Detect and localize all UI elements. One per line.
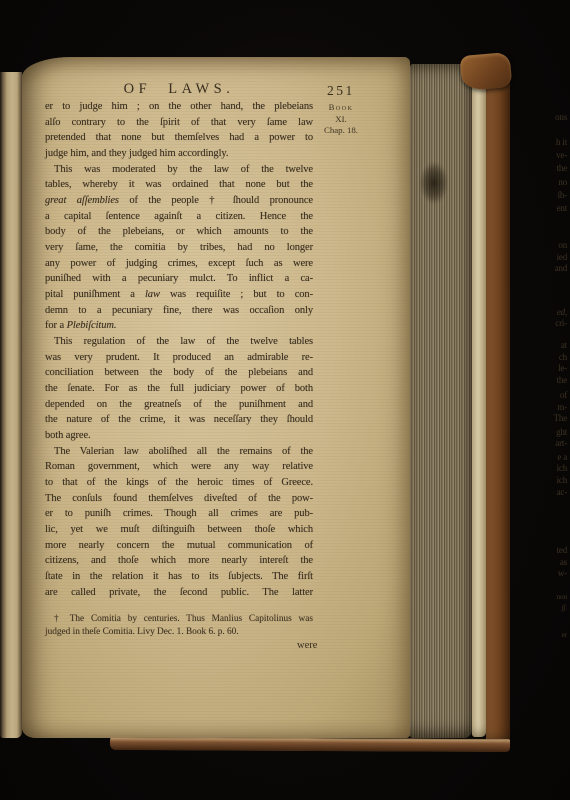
text-segment: Roman government, which were any way rel… (45, 461, 313, 472)
italic-text: law (145, 289, 160, 300)
fore-edge-stain (420, 162, 448, 204)
text-segment: lic, yet we muſt diſtinguiſh between tho… (45, 524, 313, 535)
text-line: er to judge him ; on the other hand, the… (45, 99, 313, 115)
text-segment: are called private, the ſecond public. T… (45, 587, 313, 598)
text-line: great aſſemblies of the people † ſhould … (45, 193, 313, 209)
text-line: judge him, and they judged him according… (45, 146, 313, 162)
text-segment: er to puniſh crimes. Though all crimes a… (45, 508, 313, 519)
text-segment: The Valerian law aboliſhed all the remai… (54, 446, 313, 457)
book-photo: { "colors": { "background": "#0a0807", "… (0, 0, 570, 800)
page-fragment: er (562, 630, 567, 639)
text-segment: the ſenate. For as the full judiciary po… (45, 383, 313, 394)
page-fragment: e a (557, 452, 567, 462)
page-fragment: and (555, 263, 567, 273)
text-segment: was very prudent. It produced an admirab… (45, 352, 313, 363)
text-segment: demn to a pecuniary fine, there was occa… (45, 305, 313, 316)
book-cover (486, 60, 510, 750)
page-fragment: ve- (556, 150, 567, 160)
text-line: citizens, and thoſe which more nearly in… (45, 553, 313, 569)
page-fragment: le- (558, 363, 567, 373)
margin-note: Book XI. Chap. 18. (310, 102, 372, 137)
text-segment: alſo contrary to the ſpirit of that very… (45, 117, 313, 128)
text-line: depended on the greatneſs of the puniſhm… (45, 397, 313, 413)
endpaper-edge (472, 67, 486, 737)
text-line: The Valerian law aboliſhed all the remai… (45, 444, 313, 460)
text-segment: ſtate in the relation it has to its ſubj… (45, 571, 313, 582)
text-line: pital puniſhment a law was requiſite ; b… (45, 287, 313, 303)
page-fragment: ſſ. (562, 603, 567, 612)
book-page: OF LAWS. 251 Book XI. Chap. 18. er to ju… (22, 57, 410, 738)
text-segment: the nature of the crime, it was neceſſar… (45, 414, 313, 425)
text-line: This was moderated by the law of the twe… (45, 162, 313, 178)
page-fragment: the (557, 375, 567, 385)
page-fragment: ed, (557, 307, 567, 317)
text-line: tables, whereby it was ordained that non… (45, 177, 313, 193)
catchword: were (297, 640, 317, 651)
fore-edge (410, 64, 472, 738)
page-fragment: The (554, 413, 567, 423)
page-fragment: m- (557, 402, 567, 412)
cover-corner (460, 52, 513, 91)
page-fragment: ted (557, 545, 567, 555)
text-segment: er to judge him ; on the other hand, the… (45, 101, 313, 112)
text-segment: to that of the kings of the heroic times… (45, 477, 313, 488)
page-number: 251 (327, 83, 387, 99)
text-segment: tables, whereby it was ordained that non… (45, 179, 313, 190)
text-line: both agree. (45, 428, 313, 444)
margin-note-book-number: XI. (310, 114, 372, 126)
text-line: the ſenate. For as the full judiciary po… (45, 381, 313, 397)
text-segment: judge him, and they judged him according… (45, 148, 228, 159)
page-fragment: ac- (557, 487, 567, 497)
running-header: OF LAWS. (45, 81, 313, 98)
text-segment: for a (45, 320, 67, 331)
text-segment: both agree. (45, 430, 91, 441)
page-fragment: ch (559, 352, 567, 362)
text-segment: any power of judging crimes, except ſuch… (45, 258, 313, 269)
text-segment: conciliation between the body of the ple… (45, 367, 313, 378)
page-fragment: ich (557, 475, 567, 485)
text-line: ſtate in the relation it has to its ſubj… (45, 569, 313, 585)
text-line: the nature of the crime, it was neceſſar… (45, 412, 313, 428)
margin-note-book: Book (310, 102, 372, 114)
text-line: lic, yet we muſt diſtinguiſh between tho… (45, 522, 313, 538)
page-fragment: h it (556, 137, 567, 147)
page-fragment: no (558, 177, 567, 187)
text-line: Roman government, which were any way rel… (45, 459, 313, 475)
text-line: to that of the kings of the heroic times… (45, 475, 313, 491)
text-line: are called private, the ſecond public. T… (45, 585, 313, 601)
page-fragment: at (561, 340, 567, 350)
cover-bottom-edge (110, 737, 510, 752)
text-segment: more nearly concern the mutual communica… (45, 540, 313, 551)
text-segment: puniſhed with a pecuniary mulct. To infl… (45, 273, 313, 284)
text-segment: pretended that none but themſelves had a… (45, 132, 313, 143)
page-fragment: w- (558, 568, 567, 578)
footnote: † The Comitia by centuries. Thus Manlius… (45, 613, 313, 638)
italic-text: Plebiſcitum. (67, 320, 117, 331)
text-segment: The conſuls found themſelves diveſted of… (45, 493, 313, 504)
text-segment: This was moderated by the law of the twe… (54, 164, 313, 175)
page-fragment: of (560, 390, 567, 400)
text-line: conciliation between the body of the ple… (45, 365, 313, 381)
facing-page-edge (0, 72, 22, 738)
text-line: very ſame, the comitia by tribes, had no… (45, 240, 313, 256)
text-segment: of the people † ſhould pronounce (119, 195, 313, 206)
text-line: more nearly concern the mutual communica… (45, 538, 313, 554)
page-fragment: ent (557, 203, 567, 213)
page-fragment: non (556, 592, 567, 601)
text-segment: was requiſite ; but to con- (160, 289, 313, 300)
italic-text: great aſſemblies (45, 195, 119, 206)
page-fragment: ght (556, 427, 567, 437)
page-fragment: ſh- (558, 190, 567, 200)
text-segment: depended on the greatneſs of the puniſhm… (45, 399, 313, 410)
text-segment: citizens, and thoſe which more nearly in… (45, 555, 313, 566)
text-line: for a Plebiſcitum. (45, 318, 313, 334)
text-line: puniſhed with a pecuniary mulct. To infl… (45, 271, 313, 287)
text-line: body of the plebeians, or which amounts … (45, 224, 313, 240)
page-fragment: ich (557, 463, 567, 473)
text-segment: very ſame, the comitia by tribes, had no… (45, 242, 313, 253)
text-segment: body of the plebeians, or which amounts … (45, 226, 313, 237)
text-line: demn to a pecuniary fine, there was occa… (45, 303, 313, 319)
page-fragment: on (558, 240, 567, 250)
body-text: er to judge him ; on the other hand, the… (45, 99, 313, 601)
text-line: a capital ſentence againſt a citizen. He… (45, 209, 313, 225)
footnote-line: † The Comitia by centuries. Thus Manlius… (45, 613, 313, 626)
text-line: pretended that none but themſelves had a… (45, 130, 313, 146)
page-fragment: cri- (555, 318, 567, 328)
footnote-line: judged in theſe Comitia. Livy Dec. 1. Bo… (45, 626, 313, 639)
text-line: er to puniſh crimes. Though all crimes a… (45, 506, 313, 522)
page-fragment: ied (557, 252, 567, 262)
text-line: was very prudent. It produced an admirab… (45, 350, 313, 366)
text-line: This regulation of the law of the twelve… (45, 334, 313, 350)
text-line: The conſuls found themſelves diveſted of… (45, 491, 313, 507)
page-fragment: art- (555, 438, 567, 448)
text-segment: This regulation of the law of the twelve… (54, 336, 313, 347)
text-line: alſo contrary to the ſpirit of that very… (45, 115, 313, 131)
text-segment: a capital ſentence againſt a citizen. He… (45, 211, 313, 222)
page-fragment: the (557, 163, 567, 173)
text-segment: pital puniſhment a (45, 289, 145, 300)
page-fragment: ons (555, 112, 567, 122)
page-fragment: as (560, 557, 567, 567)
text-line: any power of judging crimes, except ſuch… (45, 256, 313, 272)
margin-note-chapter: Chap. 18. (310, 125, 372, 137)
